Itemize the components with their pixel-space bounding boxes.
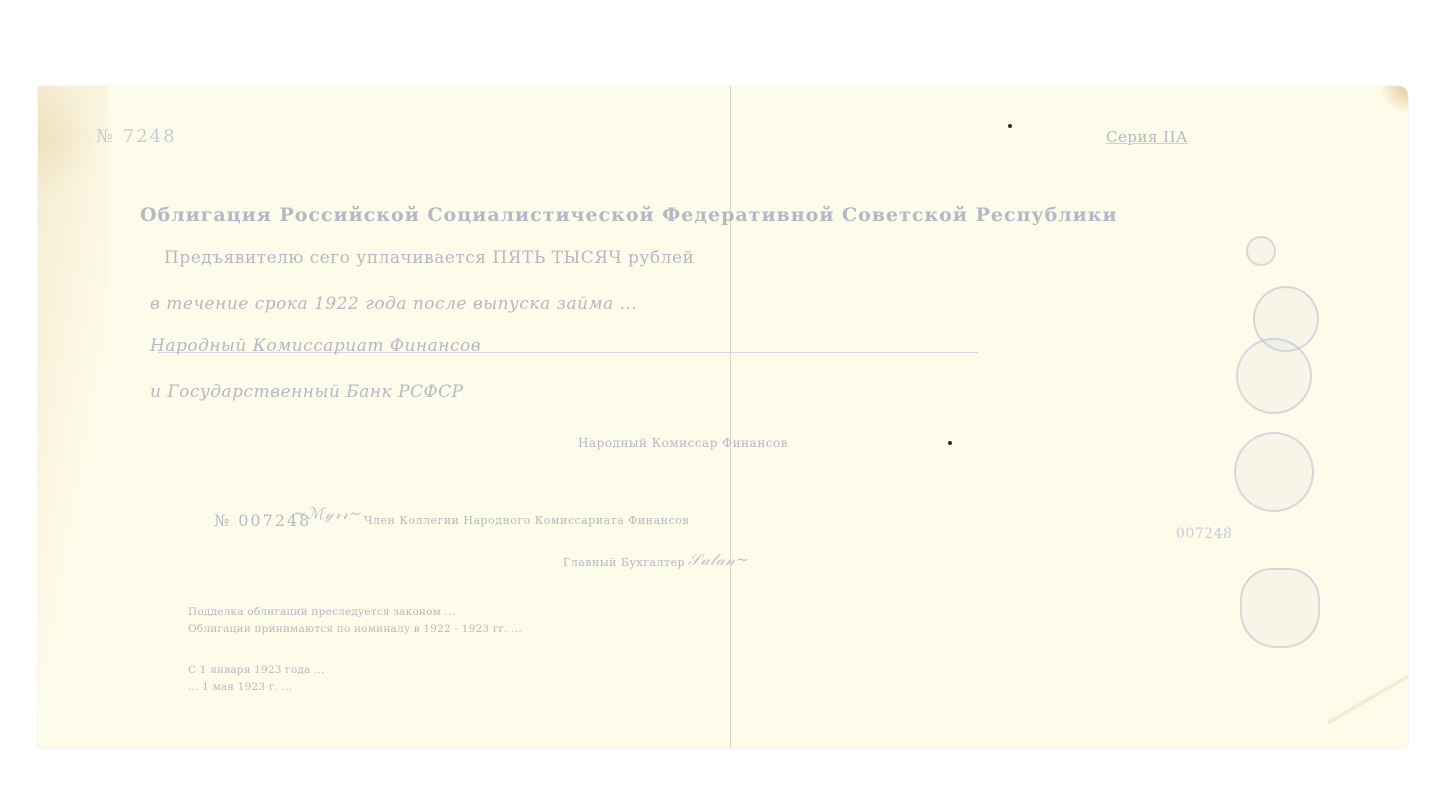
signature-title-3: Главный Бухгалтер [563, 556, 685, 569]
body-line-2: в течение срока 1922 года после выпуска … [150, 294, 637, 314]
speck [1008, 124, 1012, 128]
side-number: 007248 [1176, 526, 1232, 542]
footnote-4: ... 1 мая 1923 г. ... [188, 681, 292, 693]
speck [948, 441, 952, 445]
footnote-1: Подделка облигаций преследуется законом … [188, 606, 455, 618]
footnote-2: Облигации принимаются по номиналу в 1922… [188, 623, 522, 635]
fold-line [730, 86, 731, 748]
seal-icon-4 [1240, 568, 1320, 648]
seal-icon-2 [1236, 338, 1312, 414]
footnote-3: С 1 января 1923 года ... [188, 664, 325, 676]
series-label: Серия IIА [1106, 128, 1188, 146]
signature-2: 𝒮𝒶𝓁𝒶𝓃~ [688, 550, 750, 570]
signature-1: ~ℳ𝓎𝓇𝓇~ [293, 504, 363, 524]
top-number: № 7248 [96, 126, 177, 147]
body-line-4: и Государственный Банк РСФСР [150, 382, 464, 402]
signature-title-2: Член Коллегии Народного Комиссариата Фин… [364, 514, 689, 527]
paper-corner-crease [1328, 628, 1408, 748]
document-paper: № 7248 Серия IIА Облигация Российской Со… [38, 86, 1408, 748]
body-line-1: Предъявителю сего уплачивается ПЯТЬ ТЫСЯ… [164, 248, 694, 268]
seal-icon-small [1246, 236, 1276, 266]
paper-crease [38, 86, 108, 748]
body-line-3: Народный Комиссариат Финансов [150, 336, 481, 356]
seal-icon-3 [1234, 432, 1314, 512]
header-line: Облигация Российской Социалистической Фе… [140, 204, 1118, 226]
signature-title-1: Народный Комиссар Финансов [578, 436, 788, 450]
